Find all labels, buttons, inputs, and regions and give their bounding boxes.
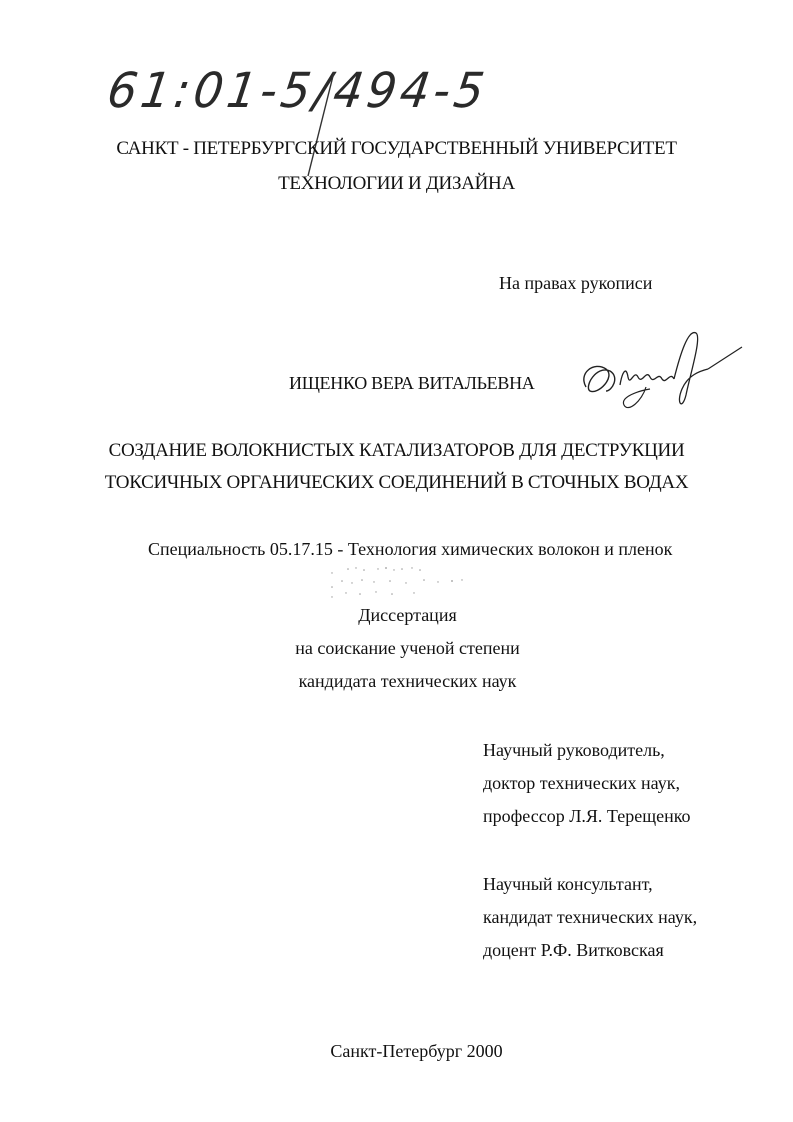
city-year: Санкт-Петербург 2000 xyxy=(0,1041,793,1062)
supervisor-role: Научный руководитель, xyxy=(483,740,665,761)
manuscript-note: На правах рукописи xyxy=(499,273,652,294)
archive-number-handwritten: 61:01-5/494-5 xyxy=(104,62,492,119)
supervisor-name: профессор Л.Я. Терещенко xyxy=(483,806,691,827)
university-name-line1: САНКТ - ПЕТЕРБУРГСКИЙ ГОСУДАРСТВЕННЫЙ УН… xyxy=(0,138,793,160)
pen-stroke-icon xyxy=(300,70,340,180)
signature-icon xyxy=(576,325,746,415)
thesis-title-line1: СОЗДАНИЕ ВОЛОКНИСТЫХ КАТАЛИЗАТОРОВ ДЛЯ Д… xyxy=(0,440,793,462)
degree-field: кандидата технических наук xyxy=(0,671,793,692)
university-name-line2: ТЕХНОЛОГИИ И ДИЗАЙНА xyxy=(0,173,793,195)
supervisor-degree: доктор технических наук, xyxy=(483,773,680,794)
author-name: ИЩЕНКО ВЕРА ВИТАЛЬЕВНА xyxy=(289,373,534,394)
consultant-degree: кандидат технических наук, xyxy=(483,907,697,928)
consultant-role: Научный консультант, xyxy=(483,874,653,895)
consultant-name: доцент Р.Ф. Витковская xyxy=(483,940,664,961)
thesis-title-line2: ТОКСИЧНЫХ ОРГАНИЧЕСКИХ СОЕДИНЕНИЙ В СТОЧ… xyxy=(0,472,793,494)
degree-type: Диссертация xyxy=(0,605,793,626)
specialty-line: Специальность 05.17.15 - Технология хими… xyxy=(148,539,672,560)
library-stamp-icon xyxy=(328,563,478,603)
degree-purpose: на соискание ученой степени xyxy=(0,638,793,659)
